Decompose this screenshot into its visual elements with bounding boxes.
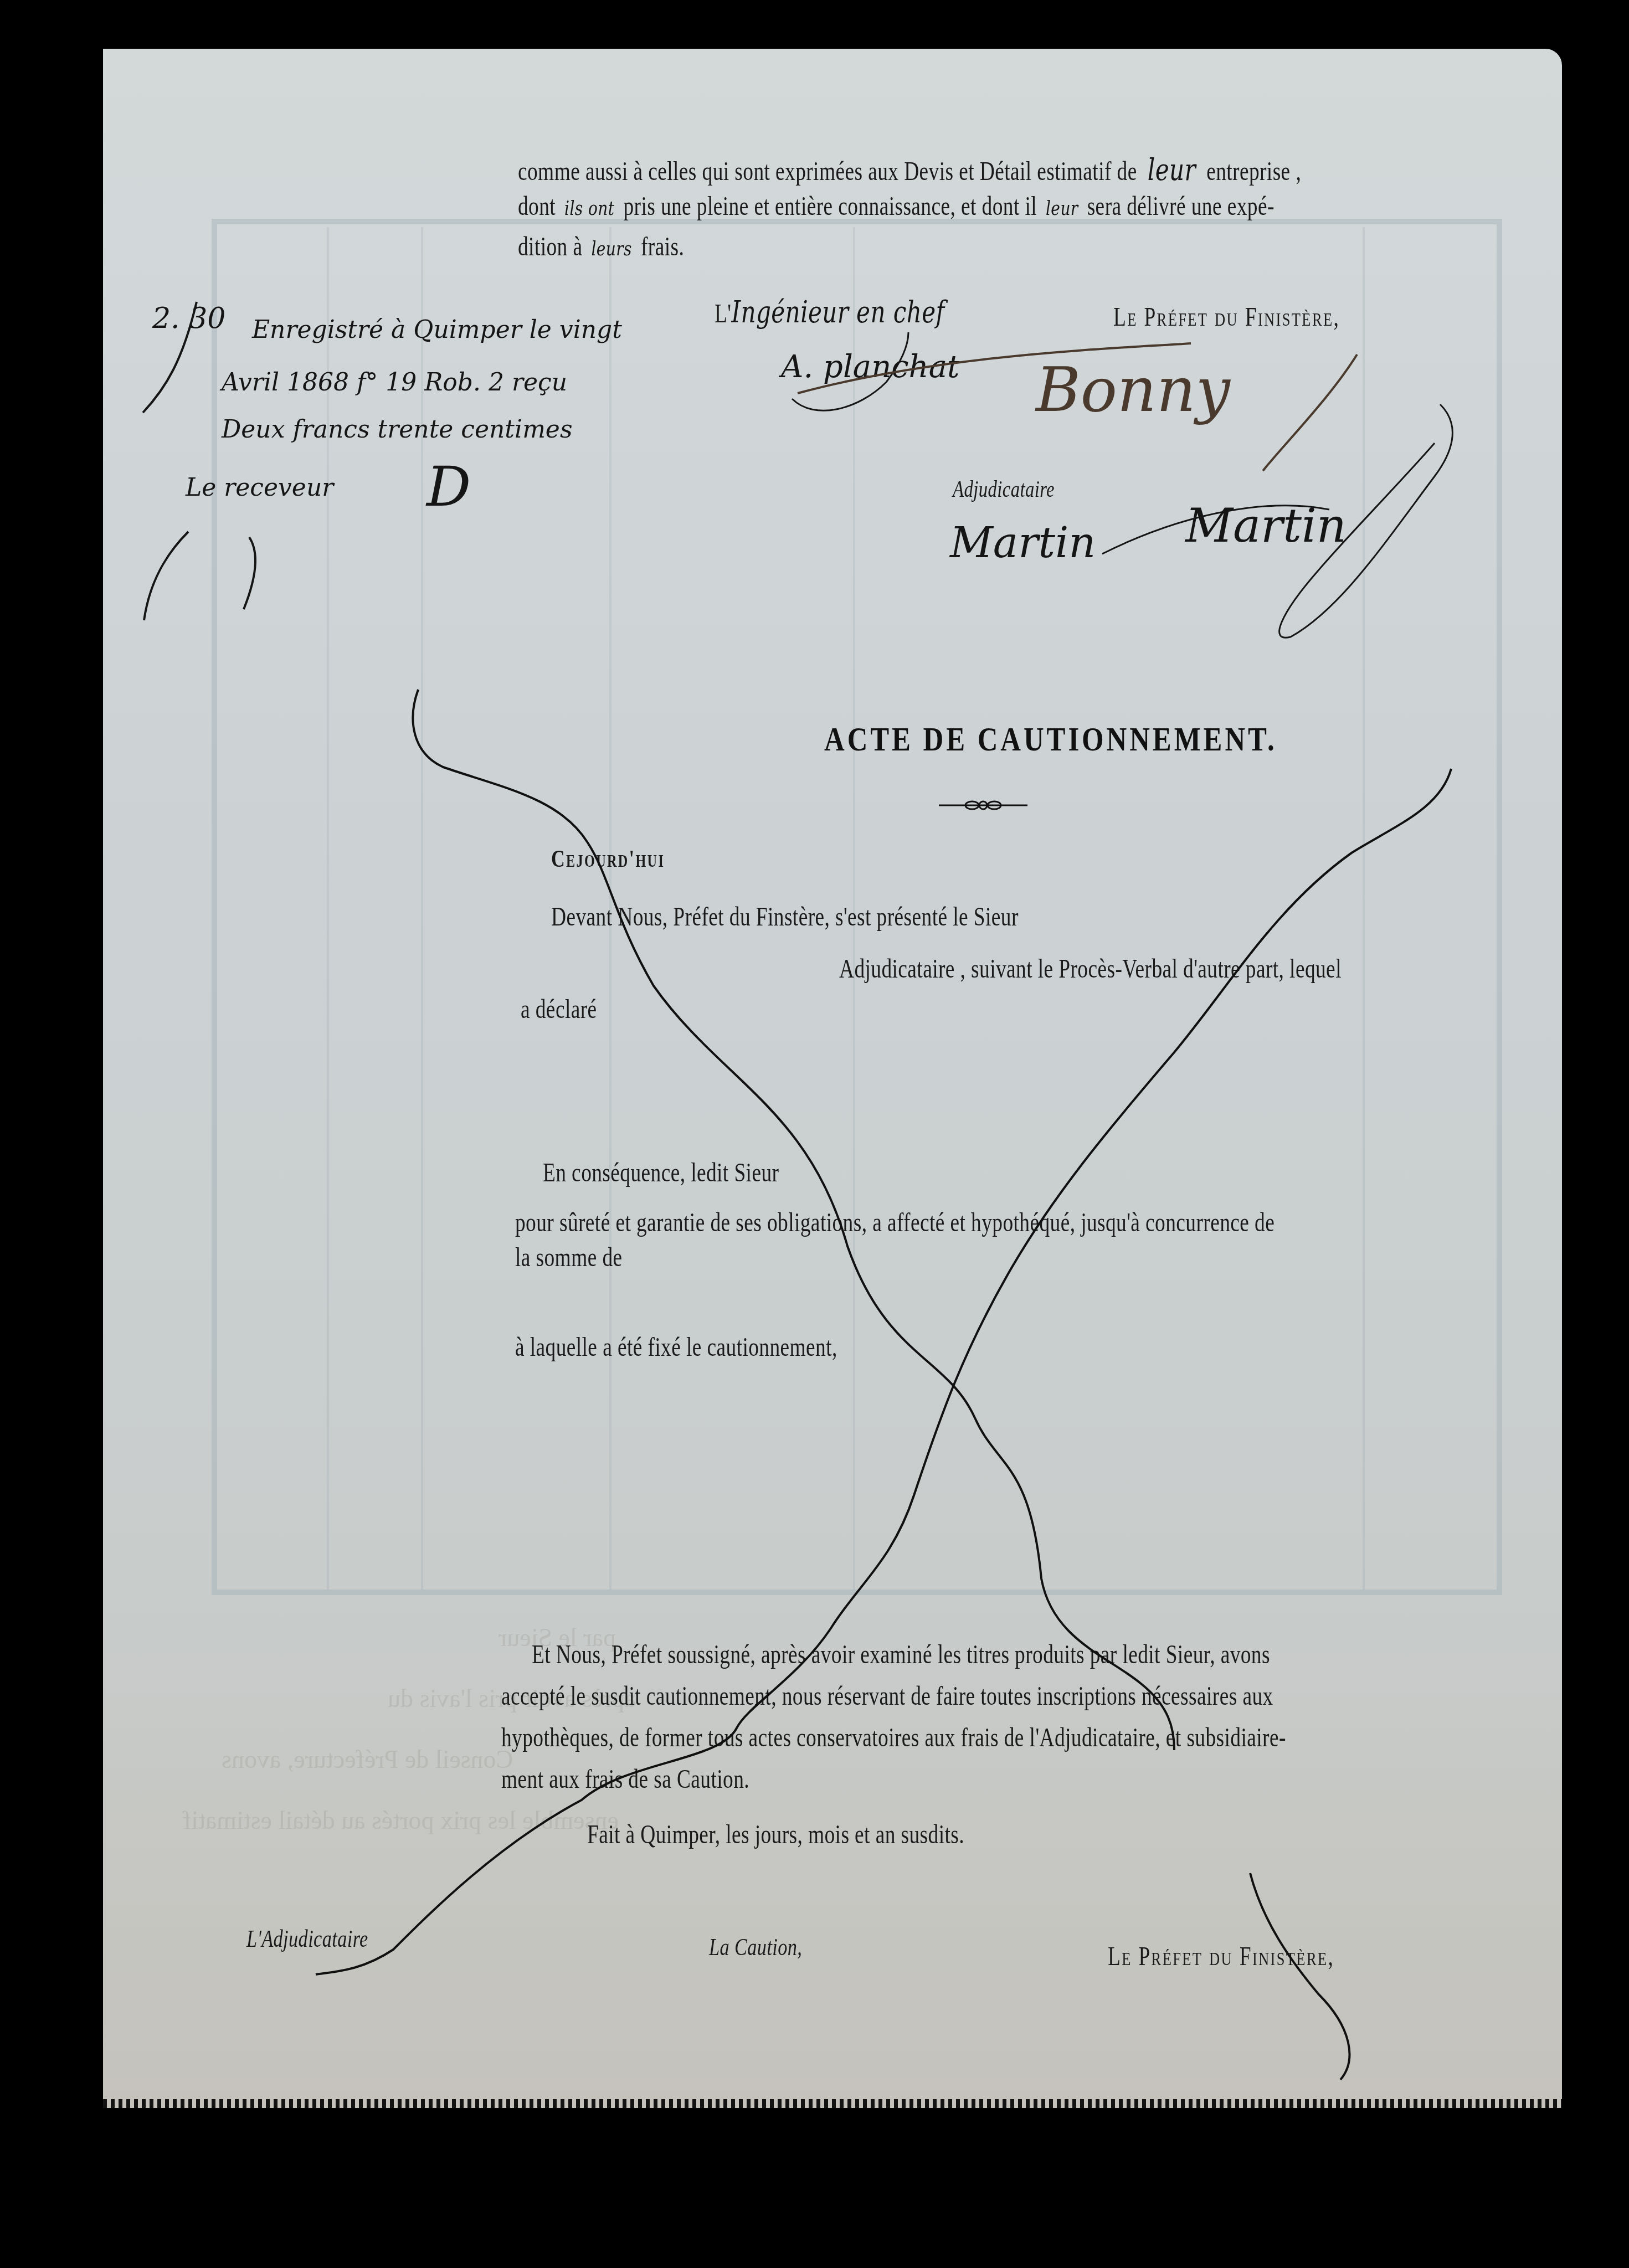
printed-text: L' [715, 299, 731, 328]
cejourdhui-label: Cejourd'hui [551, 845, 665, 873]
printed-text: sera délivré une expé- [1087, 192, 1275, 221]
bottom-caution-label: La Caution, [709, 1933, 802, 1961]
receiver-signature: Le receveur [186, 474, 333, 502]
registration-line-3: Deux francs trente centimes [222, 415, 572, 444]
body-line-en-consequence: En conséquence, ledit Sieur [543, 1158, 779, 1188]
body-line-somme: la somme de [515, 1242, 623, 1273]
engineer-signature: A. planchat [781, 349, 960, 385]
acceptance-line-4: ment aux frais de sa Caution. [501, 1764, 749, 1794]
printed-text: dont [518, 192, 556, 221]
top-paragraph-line-1: comme aussi à celles qui sont exprimées … [518, 152, 1301, 187]
printed-text: dition à [518, 232, 582, 261]
body-line-laquelle: à laquelle a été fixé le cautionnement, [515, 1332, 837, 1362]
printed-text: pris une pleine et entière connaissance,… [623, 192, 1037, 221]
body-line-adjudicataire: Adjudicataire , suivant le Procès-Verbal… [839, 954, 1342, 984]
printed-text: comme aussi à celles qui sont exprimées … [518, 157, 1137, 186]
registration-fee: 2. 30 [152, 302, 225, 335]
engineer-label: L'Ingénieur en chef [715, 295, 945, 330]
body-line-a-declare: a déclaré [521, 994, 597, 1025]
show-through-column-line [1363, 227, 1365, 1590]
top-paragraph-line-2: dont ils ont pris une pleine et entière … [518, 191, 1275, 222]
adjudicataire-signature: Martin [950, 518, 1096, 567]
bottom-adjudicataire-label: L'Adjudicataire [246, 1925, 368, 1953]
page-title: ACTE DE CAUTIONNEMENT. [824, 720, 1277, 759]
bottom-prefect-label: Le Préfet du Finistère, [1108, 1941, 1334, 1972]
torn-bottom-edge [103, 2099, 1562, 2116]
printed-text: entreprise , [1206, 157, 1301, 186]
caution-signature: Martin [1185, 498, 1347, 553]
receiver-initials: D [426, 454, 471, 519]
acceptance-line-1: Et Nous, Préfet soussigné, après avoir e… [532, 1639, 1270, 1670]
acceptance-line-3: hypothèques, de former tous actes conser… [501, 1722, 1286, 1753]
registration-line-2: Avril 1868 f° 19 Rob. 2 reçu [222, 368, 567, 397]
prefect-signature: Bonny [1036, 354, 1230, 425]
acceptance-line-2: accepté le susdit cautionnement, nous ré… [501, 1681, 1273, 1711]
prefect-label: Le Préfet du Finistère, [1113, 302, 1340, 332]
printed-text: frais. [641, 232, 684, 261]
handwritten-insertion: leur [1148, 152, 1196, 187]
handwritten-insertion: ils ont [564, 197, 614, 220]
registration-line-1: Enregistré à Quimper le vingt [252, 316, 622, 344]
top-paragraph-line-3: dition à leurs frais. [518, 232, 684, 262]
handwritten-insertion: Ingénieur en chef [731, 295, 944, 330]
body-line-devant: Devant Nous, Préfet du Finstère, s'est p… [551, 902, 1019, 932]
show-through-text: Conseil de Préfecture, avons [222, 1745, 513, 1774]
body-line-surete: pour sûreté et garantie de ses obligatio… [515, 1207, 1275, 1238]
handwritten-insertion: leur [1046, 197, 1078, 220]
handwritten-insertion: leurs [591, 238, 631, 260]
ornament-divider-icon [939, 799, 1027, 811]
show-through-text: ensemble les prix portés au détail estim… [183, 1806, 619, 1835]
adjudicataire-label: Adjudicataire [953, 476, 1055, 503]
fait-a-quimper: Fait à Quimper, les jours, mois et an su… [587, 1819, 964, 1850]
